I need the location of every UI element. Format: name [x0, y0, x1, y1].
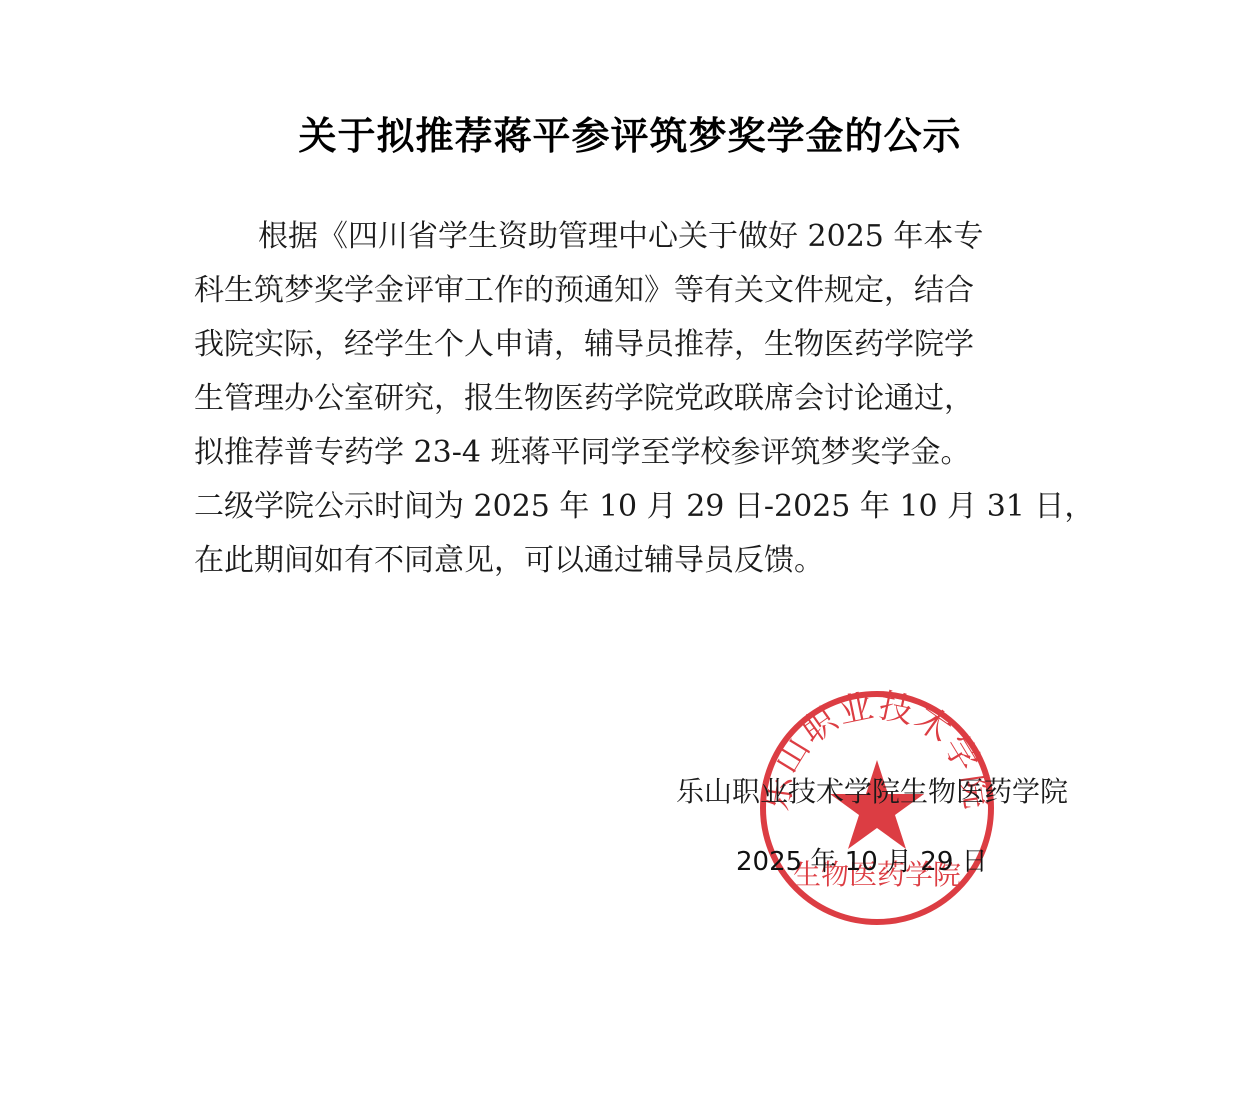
body-line-3: 我院实际，经学生个人申请，辅导员推荐，生物医药学院学: [194, 318, 1074, 372]
body-line-2: 科生筑梦奖学金评审工作的预通知》等有关文件规定，结合: [194, 264, 1074, 318]
issuer-signature: 乐山职业技术学院生物医药学院: [676, 772, 1068, 812]
body-line-4: 生管理办公室研究，报生物医药学院党政联席会讨论通过，: [194, 372, 1074, 426]
body-line-7: 在此期间如有不同意见，可以通过辅导员反馈。: [194, 534, 1074, 588]
body-line-1: 根据《四川省学生资助管理中心关于做好 2025 年本专: [194, 210, 1074, 264]
document-title: 关于拟推荐蒋平参评筑梦奖学金的公示: [0, 108, 1260, 164]
issue-date: 2025 年 10 月 29 日: [736, 842, 988, 882]
body-line-6: 二级学院公示时间为 2025 年 10 月 29 日-2025 年 10 月 3…: [194, 480, 1074, 534]
body-line-5: 拟推荐普专药学 23-4 班蒋平同学至学校参评筑梦奖学金。: [194, 426, 1074, 480]
notice-body: 根据《四川省学生资助管理中心关于做好 2025 年本专 科生筑梦奖学金评审工作的…: [194, 210, 1074, 588]
